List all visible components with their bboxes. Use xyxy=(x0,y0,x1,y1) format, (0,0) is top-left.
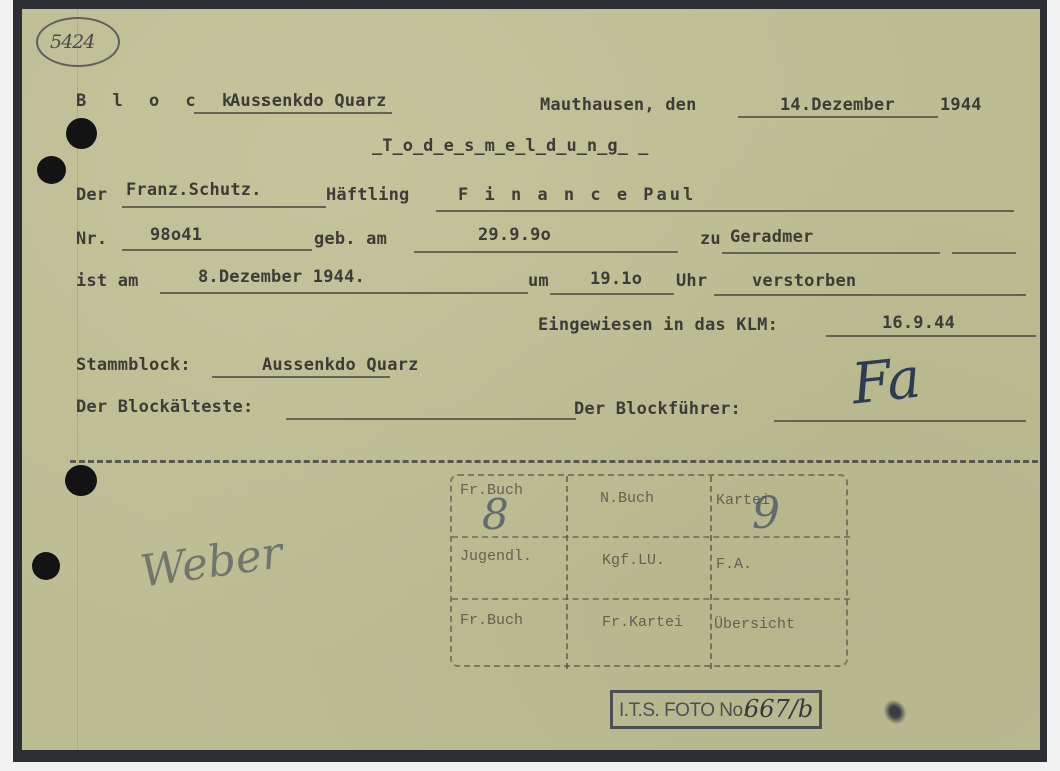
underline xyxy=(160,292,528,294)
underline xyxy=(436,210,1014,212)
grid-divider xyxy=(566,476,568,669)
block-value: Aussenkdo Quarz xyxy=(230,91,387,111)
underline xyxy=(122,206,326,208)
grid-divider xyxy=(710,476,712,669)
archive-number: 5424 xyxy=(50,31,94,53)
blockaelteste-label: Der Blockälteste: xyxy=(76,397,253,417)
underline xyxy=(550,293,674,295)
grid-cell-uebersicht: Übersicht xyxy=(714,616,795,633)
admitted-label: Eingewiesen in das KLM: xyxy=(538,315,778,335)
underline xyxy=(714,294,1026,296)
blockfuehrer-signature-line xyxy=(774,420,1026,422)
prisoner-name: F i n a n c e Paul xyxy=(458,185,696,205)
grid-divider xyxy=(452,536,850,538)
prisoner-category: Franz.Schutz. xyxy=(126,180,262,200)
grid-cell-fr-buch-2: Fr.Buch xyxy=(460,612,523,629)
grid-cell-n-buch: N.Buch xyxy=(600,490,654,507)
der-label: Der xyxy=(76,185,107,205)
date-of-death: 8.Dezember 1944. xyxy=(198,267,365,287)
punch-hole xyxy=(65,465,97,496)
stammblock-label: Stammblock: xyxy=(76,355,191,375)
punch-hole xyxy=(37,156,66,184)
pencil-mark-8: 8 xyxy=(482,490,509,539)
grid-cell-fa: F.A. xyxy=(716,556,752,573)
blockaelteste-signature-line xyxy=(286,418,576,420)
blockfuehrer-signature: Fa xyxy=(849,346,924,418)
date-value: 14.Dezember xyxy=(780,95,895,115)
underline xyxy=(952,252,1016,254)
pencil-mark-9: 9 xyxy=(752,488,780,539)
underline xyxy=(722,252,940,254)
death-notice-card: 5424 B l o c k : Aussenkdo Quarz Mauthau… xyxy=(22,9,1040,750)
year-value: 1944 xyxy=(940,95,982,115)
haeftling-label: Häftling xyxy=(326,185,409,205)
blockfuehrer-label: Der Blockführer: xyxy=(574,399,741,419)
birth-place: Geradmer xyxy=(730,227,813,247)
underline xyxy=(194,112,392,114)
underline xyxy=(122,249,312,251)
place-label: zu xyxy=(700,229,721,249)
born-label: geb. am xyxy=(314,229,387,249)
registry-stamp-grid: Fr.Buch N.Buch Kartei Jugendl. Kgf.LU. F… xyxy=(450,474,848,667)
ink-smudge xyxy=(879,695,911,729)
nr-label: Nr. xyxy=(76,229,107,249)
date-of-death-label: ist am xyxy=(76,271,139,291)
underline xyxy=(826,335,1036,337)
grid-cell-kgf-lu: Kgf.LU. xyxy=(602,552,665,569)
death-status: verstorben xyxy=(752,271,856,291)
time-of-death: 19.1o xyxy=(590,269,642,289)
prisoner-number: 98o41 xyxy=(150,225,202,245)
grid-divider xyxy=(452,598,850,600)
grid-cell-fr-kartei: Fr.Kartei xyxy=(602,614,683,631)
admitted-date: 16.9.44 xyxy=(882,313,955,333)
handwritten-name: Weber xyxy=(137,527,286,597)
punch-hole xyxy=(32,552,60,580)
place-date-label: Mauthausen, den xyxy=(540,95,697,115)
its-stamp-number: 667/b xyxy=(744,695,813,723)
time-label: um xyxy=(528,271,549,291)
underline xyxy=(414,251,678,253)
stammblock-value: Aussenkdo Quarz xyxy=(262,355,419,375)
its-photo-stamp: I.T.S. FOTO No. 667/b xyxy=(610,690,822,729)
birth-date: 29.9.9o xyxy=(478,225,551,245)
its-stamp-label: I.T.S. FOTO No. xyxy=(619,700,747,722)
document-title: _T_o_d_e_s_m_e_l_d_u_n_g_ _ xyxy=(372,136,648,156)
time-unit: Uhr xyxy=(676,271,707,291)
grid-cell-jugendl: Jugendl. xyxy=(460,548,532,565)
punch-hole xyxy=(66,118,97,149)
tear-line-separator xyxy=(70,460,1038,463)
underline xyxy=(738,116,938,118)
underline xyxy=(212,376,390,378)
